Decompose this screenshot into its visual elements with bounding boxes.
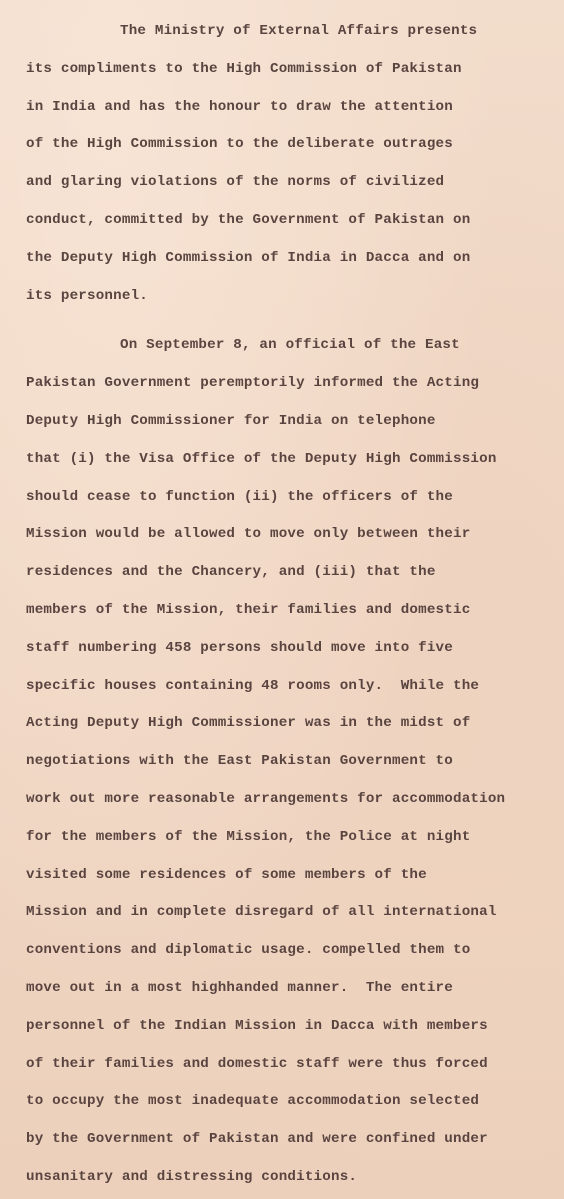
text-line: On September 8, an official of the East: [26, 330, 556, 368]
text-line: Deputy High Commissioner for India on te…: [26, 406, 556, 444]
text-line: conventions and diplomatic usage. compel…: [26, 935, 556, 973]
text-line: in India and has the honour to draw the …: [26, 92, 556, 130]
text-line: should cease to function (ii) the office…: [26, 482, 556, 520]
text-line: unsanitary and distressing conditions.: [26, 1162, 556, 1199]
text-line: residences and the Chancery, and (iii) t…: [26, 557, 556, 595]
text-line: for the members of the Mission, the Poli…: [26, 822, 556, 860]
text-line: work out more reasonable arrangements fo…: [26, 784, 556, 822]
text-line: The Ministry of External Affairs present…: [26, 16, 556, 54]
text-line: Mission would be allowed to move only be…: [26, 519, 556, 557]
text-line: and glaring violations of the norms of c…: [26, 167, 556, 205]
text-line: by the Government of Pakistan and were c…: [26, 1124, 556, 1162]
text-line: Acting Deputy High Commissioner was in t…: [26, 708, 556, 746]
text-line: members of the Mission, their families a…: [26, 595, 556, 633]
text-line: visited some residences of some members …: [26, 860, 556, 898]
text-line: personnel of the Indian Mission in Dacca…: [26, 1011, 556, 1049]
text-line: Pakistan Government peremptorily informe…: [26, 368, 556, 406]
text-line: its compliments to the High Commission o…: [26, 54, 556, 92]
text-line: of the High Commission to the deliberate…: [26, 129, 556, 167]
text-line: negotiations with the East Pakistan Gove…: [26, 746, 556, 784]
text-line: the Deputy High Commission of India in D…: [26, 243, 556, 281]
text-line: to occupy the most inadequate accommodat…: [26, 1086, 556, 1124]
document-body: The Ministry of External Affairs present…: [26, 16, 556, 1199]
text-line: its personnel.: [26, 281, 556, 319]
document-page: The Ministry of External Affairs present…: [0, 0, 564, 1199]
text-line: specific houses containing 48 rooms only…: [26, 671, 556, 709]
text-line: move out in a most highhanded manner. Th…: [26, 973, 556, 1011]
text-line: that (i) the Visa Office of the Deputy H…: [26, 444, 556, 482]
text-line: staff numbering 458 persons should move …: [26, 633, 556, 671]
paragraph-gap: [26, 318, 556, 330]
paragraph-1: The Ministry of External Affairs present…: [26, 16, 556, 318]
paragraph-2: On September 8, an official of the East …: [26, 330, 556, 1199]
text-line: of their families and domestic staff wer…: [26, 1049, 556, 1087]
text-line: Mission and in complete disregard of all…: [26, 897, 556, 935]
text-line: conduct, committed by the Government of …: [26, 205, 556, 243]
